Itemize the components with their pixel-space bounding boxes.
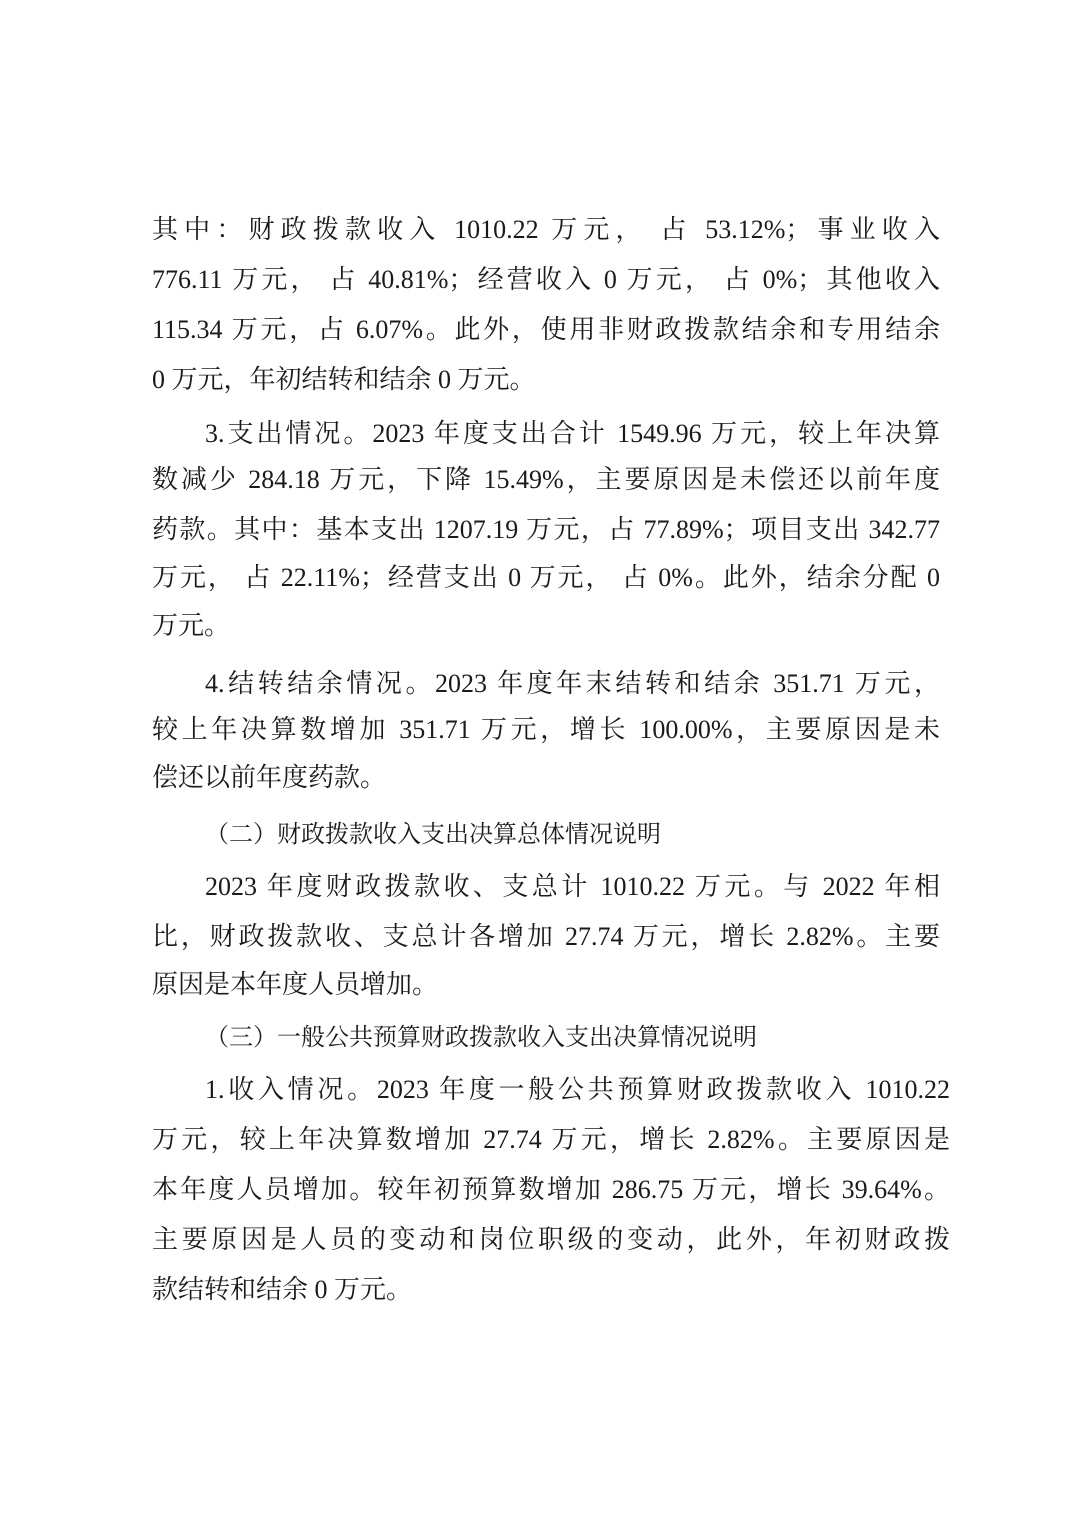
text-line: 偿还以前年度药款。 [152, 761, 940, 795]
text-line: 1.收入情况。2023 年度一般公共预算财政拨款收入 1010.22 [205, 1073, 950, 1107]
text-line: 比，财政拨款收、支总计各增加 27.74 万元，增长 2.82%。主要 [152, 920, 940, 954]
text-line: 2023 年度财政拨款收、支总计 1010.22 万元。与 2022 年相 [205, 870, 940, 904]
text-line: 4.结转结余情况。2023 年度年末结转和结余 351.71 万元， [205, 667, 940, 701]
text-line: 药款。其中：基本支出 1207.19 万元，占 77.89%；项目支出 342.… [152, 513, 940, 547]
text-line: 款结转和结余 0 万元。 [152, 1273, 950, 1307]
text-line: 主要原因是人员的变动和岗位职级的变动，此外，年初财政拨 [152, 1223, 950, 1257]
text-line: 原因是本年度人员增加。 [152, 968, 940, 1002]
text-line: 万元，较上年决算数增加 27.74 万元，增长 2.82%。主要原因是 [152, 1123, 950, 1157]
text-line: 较上年决算数增加 351.71 万元，增长 100.00%，主要原因是未 [152, 713, 940, 747]
section-heading-3: （三）一般公共预算财政拨款收入支出决算情况说明 [205, 1020, 885, 1054]
text-line: 万元。 [152, 609, 940, 643]
text-line: 0 万元，年初结转和结余 0 万元。 [152, 363, 940, 397]
text-line: 115.34 万元，占 6.07%。此外，使用非财政拨款结余和专用结余 [152, 313, 940, 347]
section-heading-2: （二）财政拨款收入支出决算总体情况说明 [205, 817, 765, 851]
text-line: 本年度人员增加。较年初预算数增加 286.75 万元，增长 39.64%。 [152, 1173, 950, 1207]
text-line: 数减少 284.18 万元，下降 15.49%，主要原因是未偿还以前年度 [152, 463, 940, 497]
text-line: 万元， 占 22.11%；经营支出 0 万元， 占 0%。此外，结余分配 0 [152, 561, 940, 595]
text-line: 3.支出情况。2023 年度支出合计 1549.96 万元，较上年决算 [205, 417, 940, 451]
text-line: 776.11 万元， 占 40.81%；经营收入 0 万元， 占 0%；其他收入 [152, 263, 940, 297]
document-page: 其中：财政拨款收入 1010.22 万元， 占 53.12%；事业收入 776.… [0, 0, 1074, 1520]
text-line: 其中：财政拨款收入 1010.22 万元， 占 53.12%；事业收入 [152, 213, 940, 247]
